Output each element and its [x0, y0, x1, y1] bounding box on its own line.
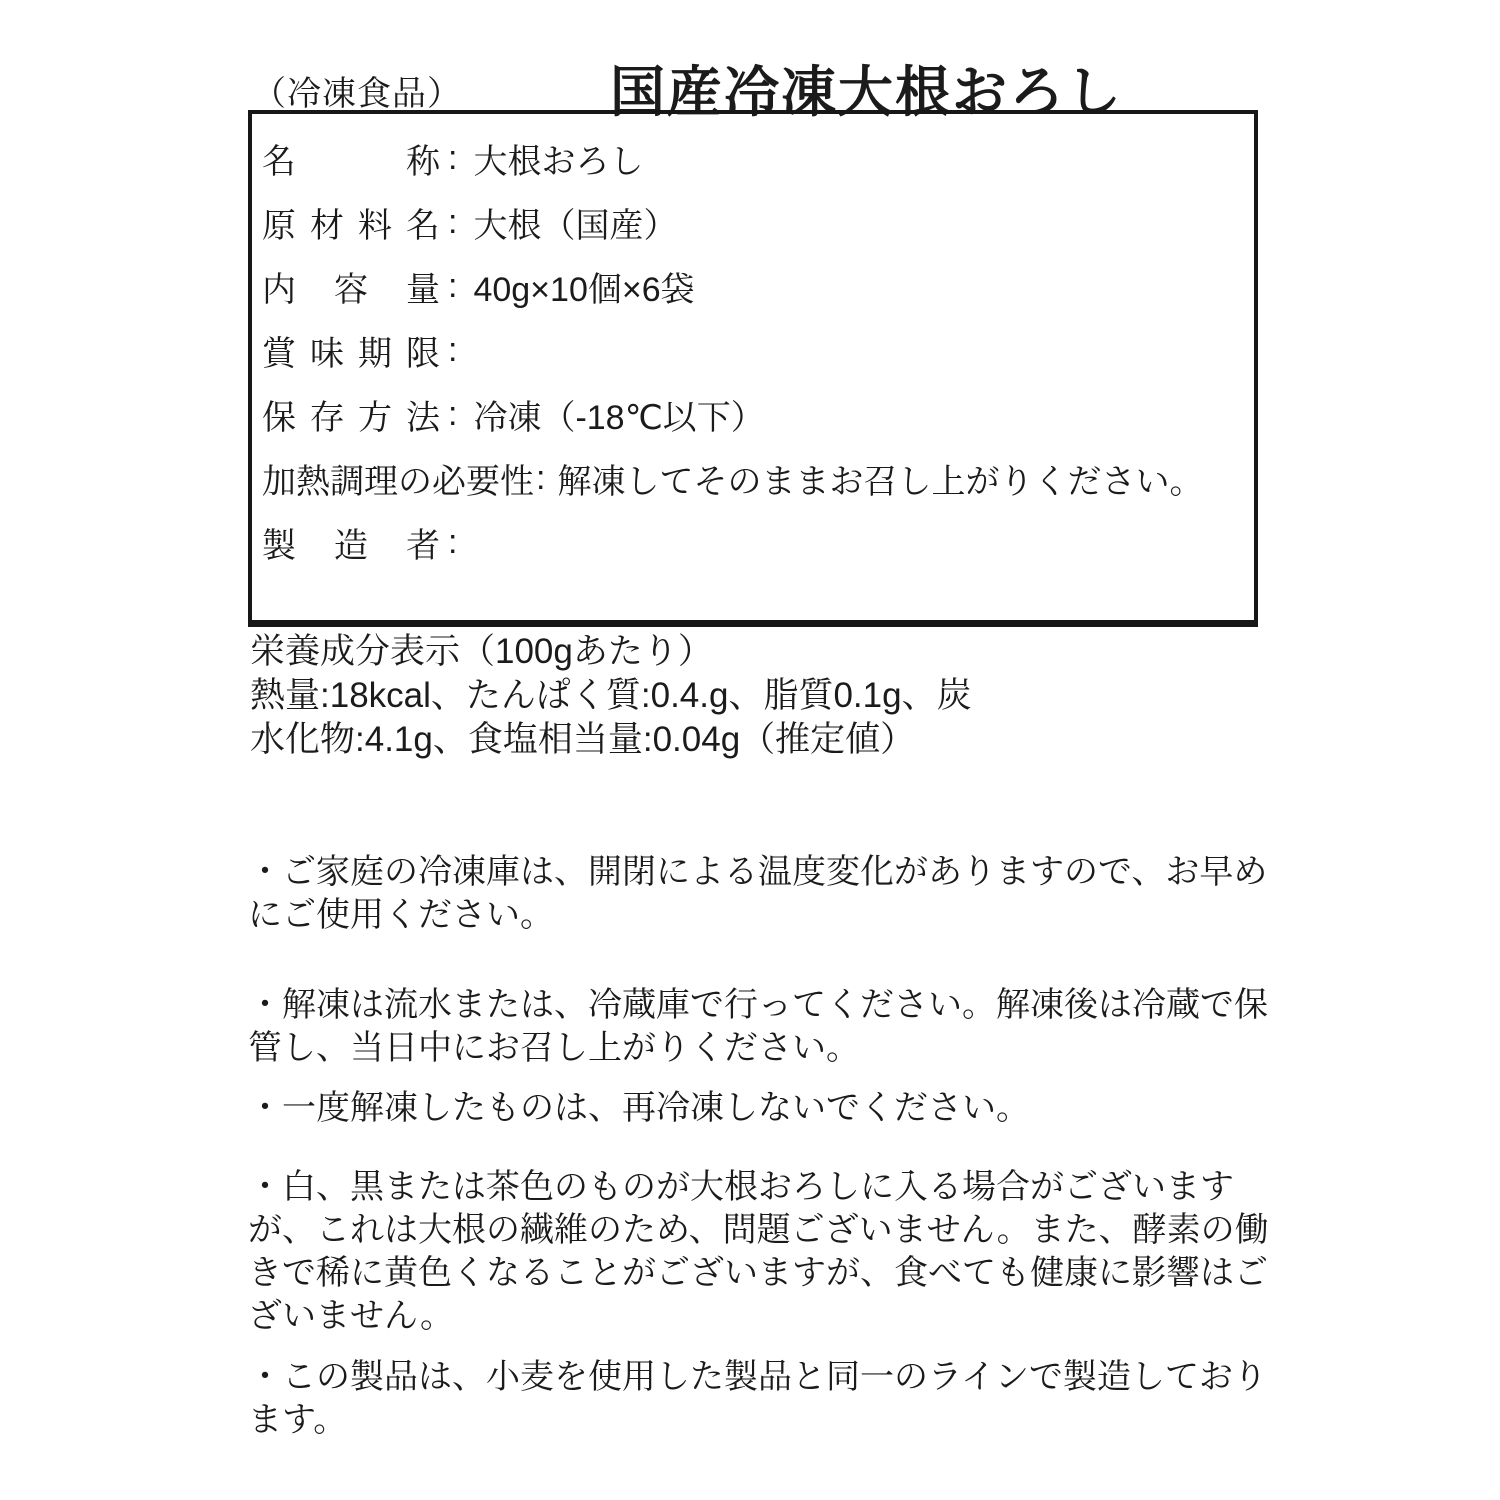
spec-label: 加熱調理の必要性: [262, 454, 534, 503]
spec-row-net-content: 内 容 量 : 40g×10個×6袋: [262, 254, 1254, 318]
spec-colon: :: [448, 139, 457, 178]
note-thawing-method: ・解凍は流水または、冷蔵庫で行ってください。解凍後は冷蔵で保 管し、当日中にお召…: [248, 984, 1268, 1070]
note-no-refreezing: ・一度解凍したものは、再冷凍しないでください。: [248, 1087, 1030, 1130]
spec-colon: :: [448, 523, 457, 562]
spec-colon: :: [448, 331, 457, 370]
spec-row-ingredients: 原 材 料 名 : 大根（国産）: [262, 190, 1254, 254]
nutrition-facts: 栄養成分表示（100gあたり） 熱量:18kcal、たんぱく質:0.4.g、脂質…: [250, 630, 972, 762]
spec-label: 原 材 料 名: [262, 198, 440, 247]
spec-table: 名 称 : 大根おろし 原 材 料 名 : 大根（国産） 内 容 量 : 40g…: [248, 110, 1258, 627]
spec-row-storage: 保 存 方 法 : 冷凍（-18℃以下）: [262, 382, 1254, 446]
spec-colon: :: [448, 203, 457, 242]
spec-value: 大根おろし: [473, 134, 643, 183]
spec-value: 解凍してそのままお召し上がりください。: [557, 454, 1203, 503]
spec-colon: :: [448, 267, 457, 306]
spec-value: 40g×10個×6袋: [473, 262, 694, 311]
note-wheat-line: ・この製品は、小麦を使用した製品と同一のラインで製造しており ます。: [248, 1356, 1267, 1442]
spec-label: 内 容 量: [262, 262, 440, 311]
spec-row-heating-necessity: 加熱調理の必要性 : 解凍してそのままお召し上がりください。: [262, 446, 1254, 510]
spec-colon: :: [448, 395, 457, 434]
spec-colon: :: [536, 459, 545, 498]
food-label-page: （冷凍食品） 国産冷凍大根おろし 名 称 : 大根おろし 原 材 料 名 : 大…: [0, 0, 1500, 1500]
note-fiber-and-color: ・白、黒または茶色のものが大根おろしに入る場合がございます が、これは大根の繊維…: [248, 1166, 1269, 1338]
spec-label: 製 造 者: [262, 518, 440, 567]
spec-label: 名 称: [262, 134, 440, 183]
spec-label: 保 存 方 法: [262, 390, 440, 439]
spec-value: 大根（国産）: [473, 198, 677, 247]
note-freezer-temperature: ・ご家庭の冷凍庫は、開閉による温度変化がありますので、お早め にご使用ください。: [248, 851, 1267, 937]
spec-label: 賞 味 期 限: [262, 326, 440, 375]
frozen-food-note: （冷凍食品）: [252, 66, 462, 115]
spec-value: 冷凍（-18℃以下）: [473, 390, 764, 439]
spec-row-name: 名 称 : 大根おろし: [262, 126, 1254, 190]
spec-row-best-before: 賞 味 期 限 :: [262, 318, 1254, 382]
spec-row-manufacturer: 製 造 者 :: [262, 510, 1254, 574]
